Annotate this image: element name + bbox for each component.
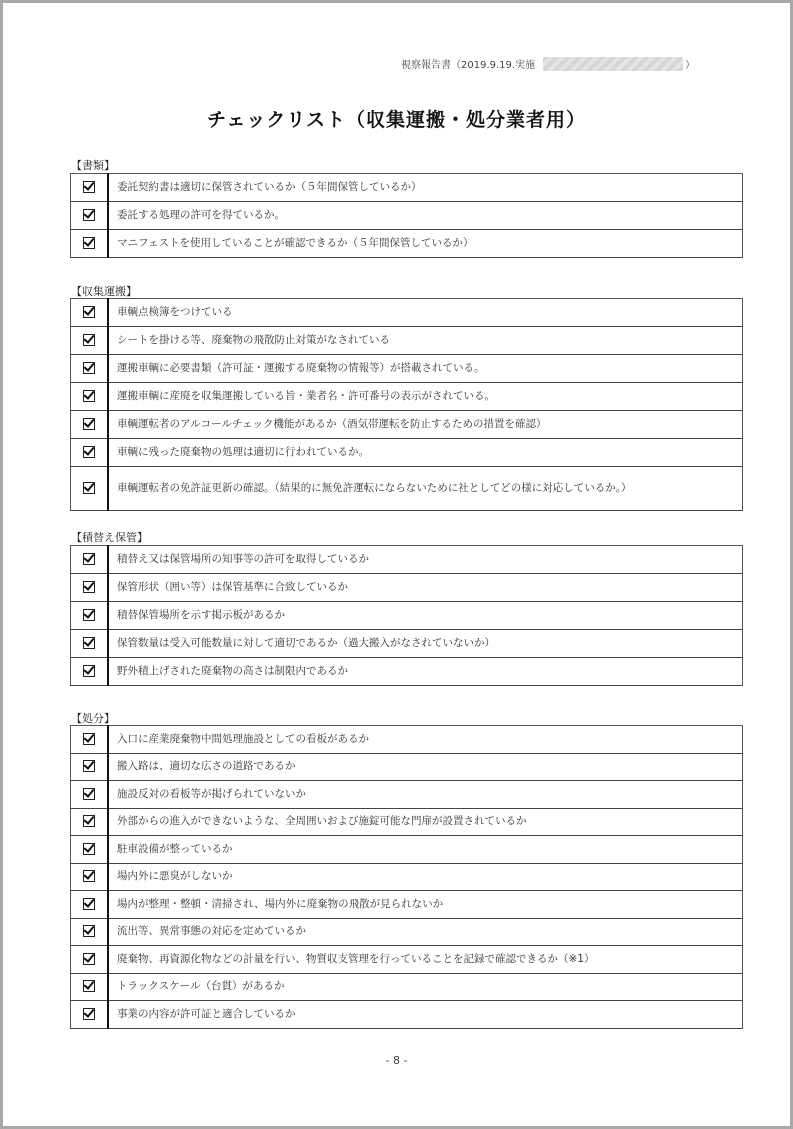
- checklist-row: 施設反対の看板等が掲げられていないか: [71, 781, 743, 809]
- checkbox-checked-icon[interactable]: [83, 980, 95, 992]
- checkbox-checked-icon[interactable]: [83, 418, 95, 430]
- checkbox-checked-icon[interactable]: [83, 870, 95, 882]
- section-label-documents: 【書類】: [71, 157, 115, 173]
- checklist-table-collection-transport: 車輌点検簿をつけている シートを掛ける等、廃棄物の飛散防止対策がなされている 運…: [70, 298, 743, 511]
- checklist-item-text: 車輌に残った廃棄物の処理は適切に行われているか。: [108, 439, 743, 467]
- checkbox-checked-icon[interactable]: [83, 553, 95, 565]
- checklist-row: 車輌に残った廃棄物の処理は適切に行われているか。: [71, 439, 743, 467]
- section-label-transfer-storage: 【積替え保管】: [71, 529, 148, 545]
- checkbox-checked-icon[interactable]: [83, 181, 95, 193]
- checklist-item-text: 車輌運転者のアルコールチェック機能があるか（酒気帯運転を防止するための措置を確認…: [108, 411, 743, 439]
- checkbox-checked-icon[interactable]: [83, 898, 95, 910]
- checkbox-checked-icon[interactable]: [83, 733, 95, 745]
- checkbox-checked-icon[interactable]: [83, 665, 95, 677]
- checkbox-checked-icon[interactable]: [83, 609, 95, 621]
- checklist-item-text: 場内外に悪臭がしないか: [108, 863, 743, 891]
- checklist-row: 場内が整理・整頓・清掃され、場内外に廃棄物の飛散が見られないか: [71, 891, 743, 919]
- report-header: 視察報告書（2019.9.19.実施 ）: [401, 56, 695, 71]
- checklist-row: 野外積上げされた廃棄物の高さは制限内であるか: [71, 658, 743, 686]
- checklist-item-text: 保管形状（囲い等）は保管基準に合致しているか: [108, 574, 743, 602]
- checklist-item-text: 外部からの進入ができないような、全周囲いおよび施錠可能な門扉が設置されているか: [108, 808, 743, 836]
- checklist-item-text: 入口に産業廃棄物中間処理施設としての看板があるか: [108, 726, 743, 754]
- checklist-item-text: シートを掛ける等、廃棄物の飛散防止対策がなされている: [108, 327, 743, 355]
- checklist-item-text: 事業の内容が許可証と適合しているか: [108, 1001, 743, 1029]
- checklist-item-text: 搬入路は、適切な広さの道路であるか: [108, 753, 743, 781]
- checkbox-checked-icon[interactable]: [83, 362, 95, 374]
- checklist-row: 場内外に悪臭がしないか: [71, 863, 743, 891]
- checklist-item-text: 場内が整理・整頓・清掃され、場内外に廃棄物の飛散が見られないか: [108, 891, 743, 919]
- checklist-row: 車輌運転者のアルコールチェック機能があるか（酒気帯運転を防止するための措置を確認…: [71, 411, 743, 439]
- checkbox-checked-icon[interactable]: [83, 334, 95, 346]
- checklist-item-text: 車輌点検簿をつけている: [108, 299, 743, 327]
- checklist-row: 廃棄物、再資源化物などの計量を行い、物質収支管理を行っていることを記録で確認でき…: [71, 946, 743, 974]
- checkbox-checked-icon[interactable]: [83, 788, 95, 800]
- checklist-row: 保管数量は受入可能数量に対して適切であるか（過大搬入がなされていないか）: [71, 630, 743, 658]
- checklist-item-text: 運搬車輌に必要書類（許可証・運搬する廃棄物の情報等）が搭載されている。: [108, 355, 743, 383]
- checklist-row: 事業の内容が許可証と適合しているか: [71, 1001, 743, 1029]
- checklist-item-text: 委託する処理の許可を得ているか。: [108, 202, 743, 230]
- checklist-row: 運搬車輌に必要書類（許可証・運搬する廃棄物の情報等）が搭載されている。: [71, 355, 743, 383]
- checkbox-checked-icon[interactable]: [83, 1008, 95, 1020]
- checklist-item-text: 運搬車輌に産廃を収集運搬している旨・業者名・許可番号の表示がされている。: [108, 383, 743, 411]
- checklist-item-text: 流出等、異常事態の対応を定めているか: [108, 918, 743, 946]
- checklist-table-disposal: 入口に産業廃棄物中間処理施設としての看板があるか 搬入路は、適切な広さの道路であ…: [70, 725, 743, 1029]
- checklist-row: 車輌点検簿をつけている: [71, 299, 743, 327]
- checklist-table-documents: 委託契約書は適切に保管されているか（５年間保管しているか） 委託する処理の許可を…: [70, 173, 743, 258]
- header-close-paren: ）: [685, 56, 695, 71]
- checkbox-checked-icon[interactable]: [83, 925, 95, 937]
- checklist-row: 搬入路は、適切な広さの道路であるか: [71, 753, 743, 781]
- section-label-disposal: 【処分】: [71, 710, 115, 726]
- checklist-row: 運搬車輌に産廃を収集運搬している旨・業者名・許可番号の表示がされている。: [71, 383, 743, 411]
- section-label-collection-transport: 【収集運搬】: [71, 283, 137, 299]
- checklist-row: 駐車設備が整っているか: [71, 836, 743, 864]
- checklist-row: 委託する処理の許可を得ているか。: [71, 202, 743, 230]
- checklist-item-text: マニフェストを使用していることが確認できるか（５年間保管しているか）: [108, 230, 743, 258]
- checklist-item-text: 保管数量は受入可能数量に対して適切であるか（過大搬入がなされていないか）: [108, 630, 743, 658]
- checklist-item-text: 施設反対の看板等が掲げられていないか: [108, 781, 743, 809]
- checkbox-checked-icon[interactable]: [83, 815, 95, 827]
- checklist-item-text: 野外積上げされた廃棄物の高さは制限内であるか: [108, 658, 743, 686]
- checklist-row: 外部からの進入ができないような、全周囲いおよび施錠可能な門扉が設置されているか: [71, 808, 743, 836]
- checklist-row: 積替保管場所を示す掲示板があるか: [71, 602, 743, 630]
- checklist-row: マニフェストを使用していることが確認できるか（５年間保管しているか）: [71, 230, 743, 258]
- checklist-item-text: 廃棄物、再資源化物などの計量を行い、物質収支管理を行っていることを記録で確認でき…: [108, 946, 743, 974]
- checkbox-checked-icon[interactable]: [83, 446, 95, 458]
- page-title: チェックリスト（収集運搬・処分業者用）: [3, 105, 790, 132]
- checklist-row: トラックスケール（台貫）があるか: [71, 973, 743, 1001]
- checklist-row: 車輌運転者の免許証更新の確認。（結果的に無免許運転にならないために社としてどの様…: [71, 467, 743, 511]
- checkbox-checked-icon[interactable]: [83, 209, 95, 221]
- checklist-item-text: トラックスケール（台貫）があるか: [108, 973, 743, 1001]
- page-number: - 8 -: [3, 1054, 790, 1067]
- checkbox-checked-icon[interactable]: [83, 953, 95, 965]
- checklist-item-text: 車輌運転者の免許証更新の確認。（結果的に無免許運転にならないために社としてどの様…: [108, 467, 743, 511]
- report-label: 視察報告書（2019.9.19.実施: [401, 56, 535, 71]
- checklist-row: 委託契約書は適切に保管されているか（５年間保管しているか）: [71, 174, 743, 202]
- checklist-row: 入口に産業廃棄物中間処理施設としての看板があるか: [71, 726, 743, 754]
- checklist-item-text: 駐車設備が整っているか: [108, 836, 743, 864]
- checklist-row: 流出等、異常事態の対応を定めているか: [71, 918, 743, 946]
- checklist-row: 保管形状（囲い等）は保管基準に合致しているか: [71, 574, 743, 602]
- checkbox-checked-icon[interactable]: [83, 306, 95, 318]
- checklist-table-transfer-storage: 積替え又は保管場所の知事等の許可を取得しているか 保管形状（囲い等）は保管基準に…: [70, 545, 743, 686]
- checklist-item-text: 積替保管場所を示す掲示板があるか: [108, 602, 743, 630]
- redacted-block: [543, 57, 683, 71]
- checkbox-checked-icon[interactable]: [83, 237, 95, 249]
- checklist-item-text: 委託契約書は適切に保管されているか（５年間保管しているか）: [108, 174, 743, 202]
- checklist-row: 積替え又は保管場所の知事等の許可を取得しているか: [71, 546, 743, 574]
- checkbox-checked-icon[interactable]: [83, 390, 95, 402]
- checkbox-checked-icon[interactable]: [83, 581, 95, 593]
- checklist-item-text: 積替え又は保管場所の知事等の許可を取得しているか: [108, 546, 743, 574]
- checklist-row: シートを掛ける等、廃棄物の飛散防止対策がなされている: [71, 327, 743, 355]
- checkbox-checked-icon[interactable]: [83, 637, 95, 649]
- checkbox-checked-icon[interactable]: [83, 760, 95, 772]
- document-page: 視察報告書（2019.9.19.実施 ） チェックリスト（収集運搬・処分業者用）…: [3, 3, 790, 1126]
- checkbox-checked-icon[interactable]: [83, 482, 95, 494]
- checkbox-checked-icon[interactable]: [83, 843, 95, 855]
